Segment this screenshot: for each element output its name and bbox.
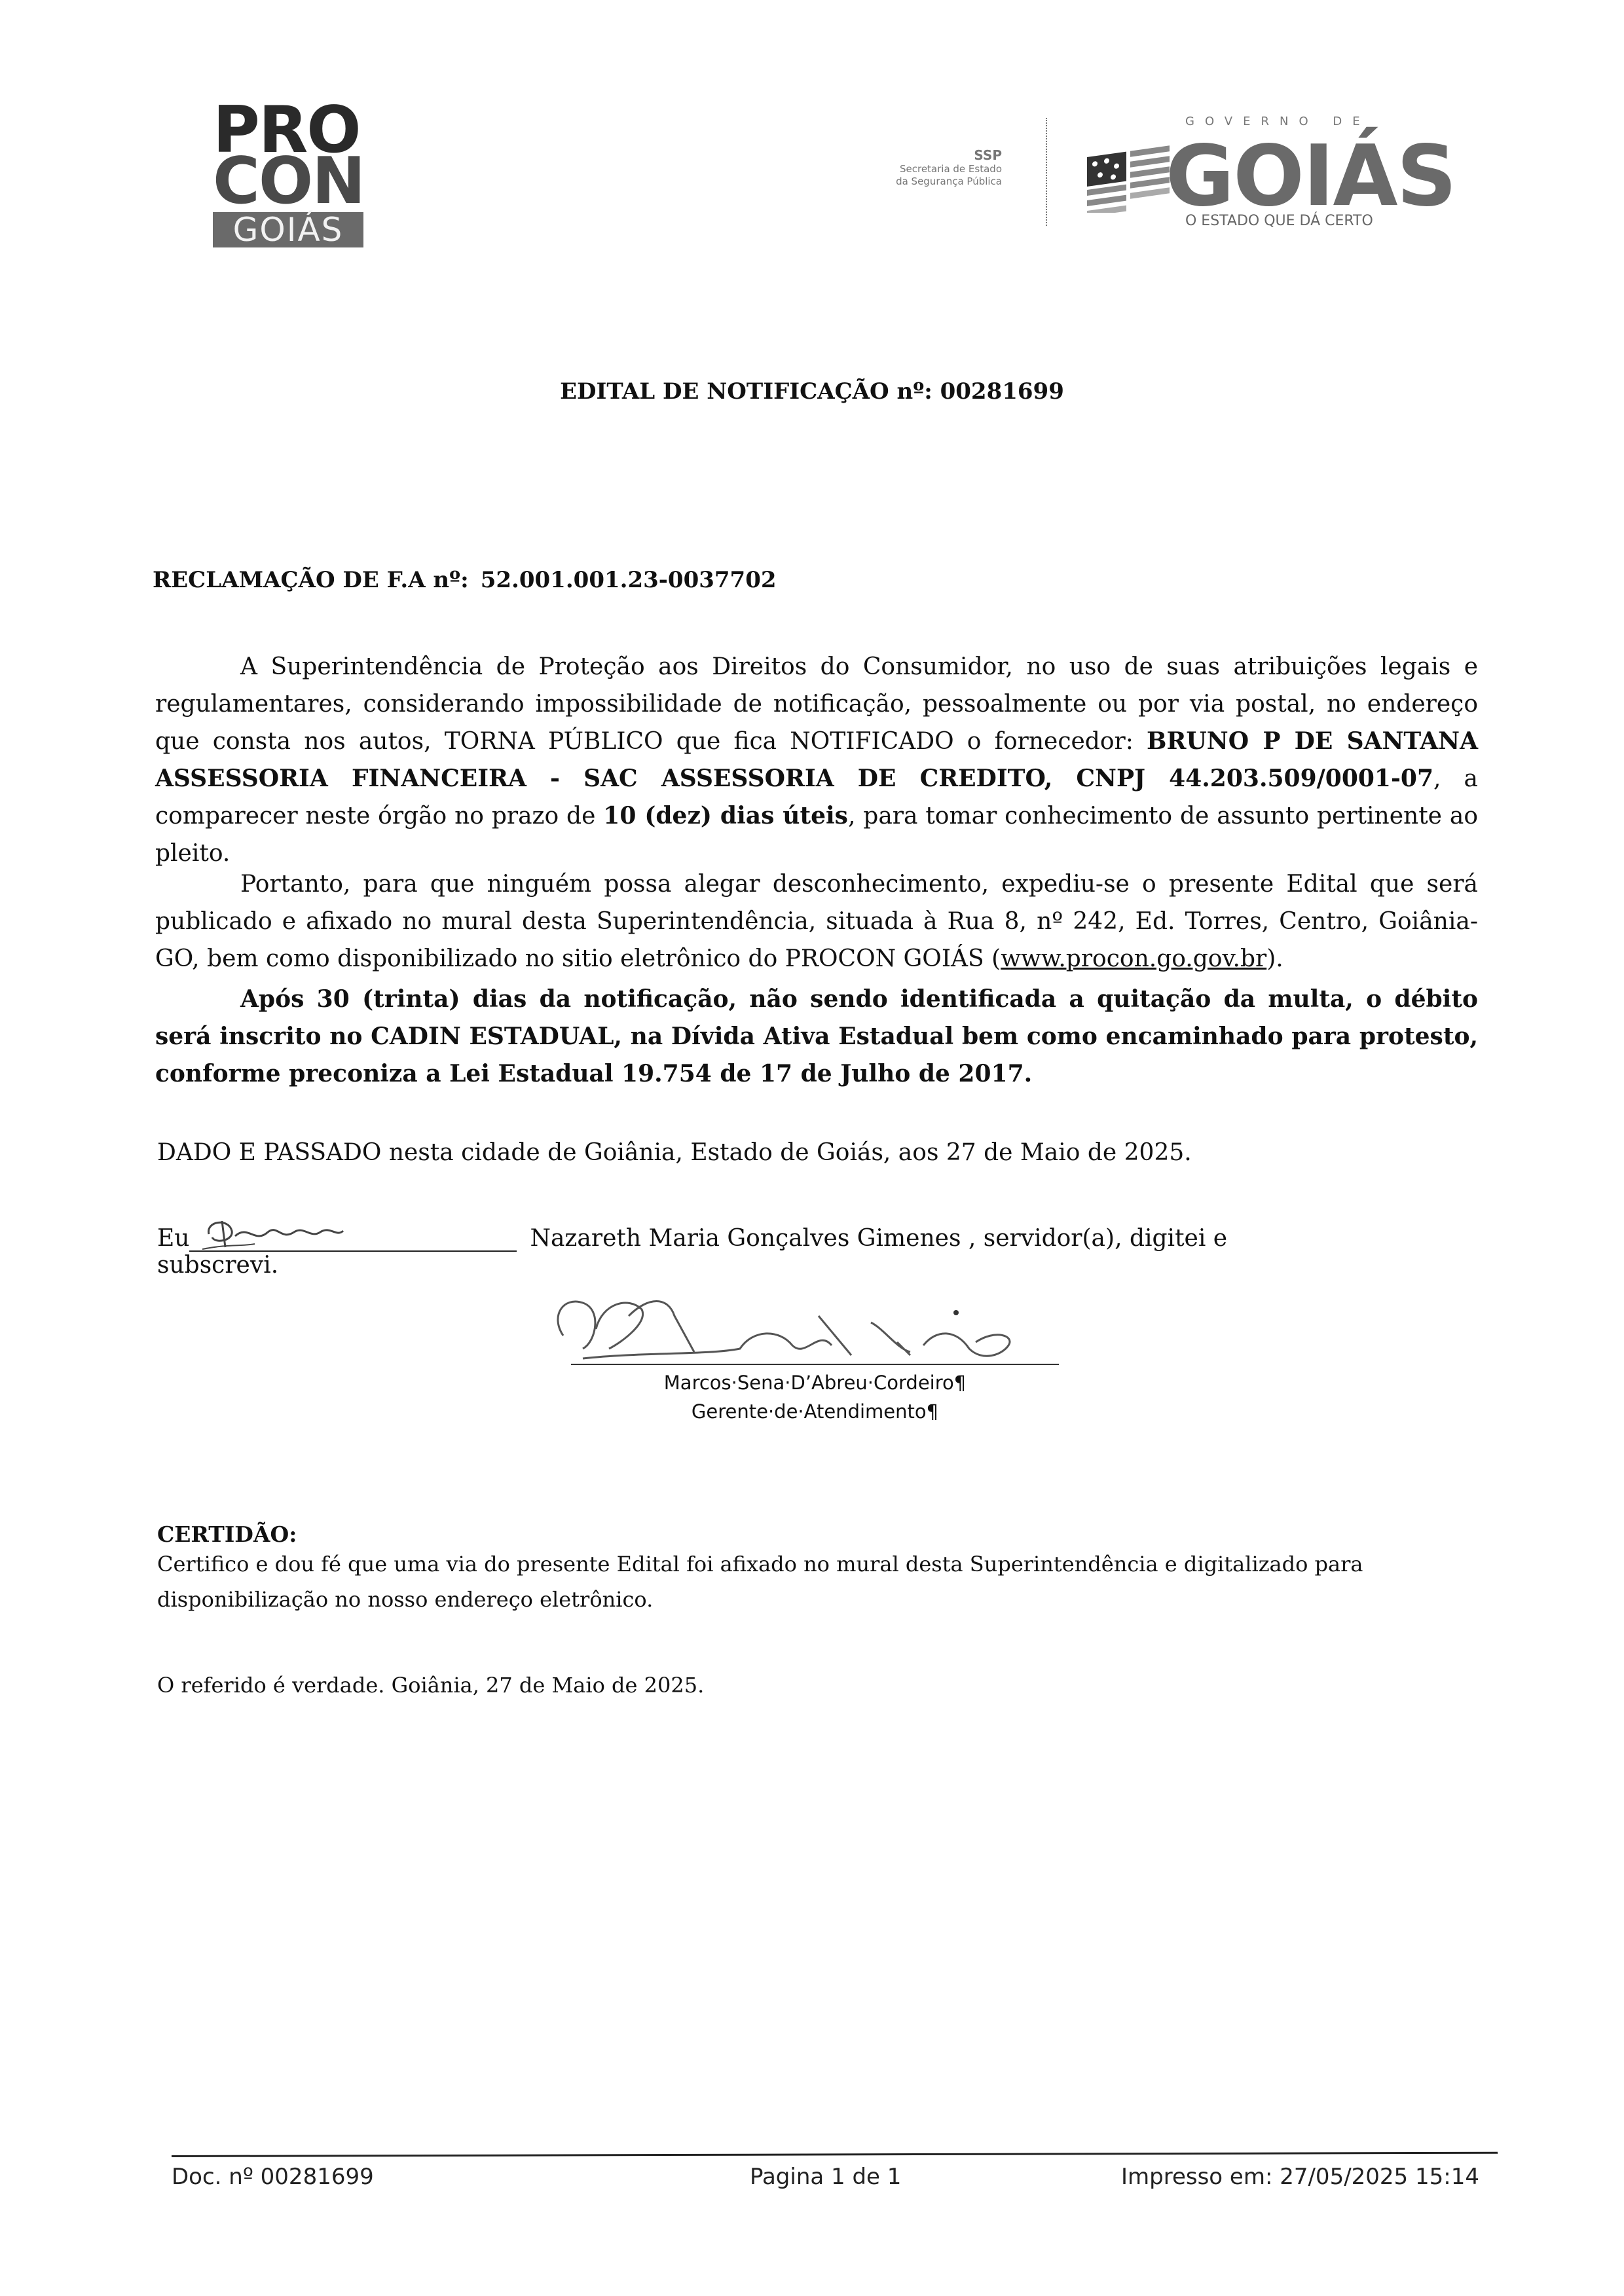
footer-printed-at: Impresso em: 27/05/2025 15:14 — [1121, 2164, 1479, 2190]
certidao-body: Certifico e dou fé que uma via do presen… — [157, 1546, 1388, 1617]
signer-block: Marcos·Sena·D’Abreu·Cordeiro¶ Gerente·de… — [571, 1368, 1059, 1426]
ssp-title: SSP — [851, 147, 1002, 163]
document-title: EDITAL DE NOTIFICAÇÃO nº: 00281699 — [0, 378, 1624, 405]
reclamacao-line: RECLAMAÇÃO DE F.A nº:52.001.001.23-00377… — [153, 567, 777, 593]
procon-logo-state: GOIÁS — [213, 212, 363, 247]
signature-rule — [571, 1364, 1059, 1365]
governo-goias-logo: GOVERNO DE GOIÁS O ESTADO QUE DÁ CERTO — [1087, 115, 1441, 246]
publication-paragraph: Portanto, para que ninguém possa alegar … — [155, 866, 1478, 977]
typist-signature — [189, 1224, 517, 1252]
signer-name: Marcos·Sena·D’Abreu·Cordeiro¶ — [571, 1368, 1059, 1397]
reclamacao-label: RECLAMAÇÃO DE F.A nº: — [153, 567, 469, 593]
signer-role: Gerente·de·Atendimento¶ — [571, 1397, 1059, 1426]
ssp-line1: Secretaria de Estado — [851, 163, 1002, 175]
logo-divider — [1046, 118, 1048, 226]
procon-goias-logo: PRO CON GOIÁS — [213, 105, 363, 249]
footer-divider — [172, 2152, 1498, 2157]
deadline: 10 (dez) dias úteis — [603, 802, 848, 829]
eu-prefix: Eu — [157, 1225, 189, 1252]
procon-logo-line2: CON — [213, 156, 363, 207]
ssp-line2: da Segurança Pública — [851, 175, 1002, 188]
goias-wordmark: GOIÁS — [1166, 128, 1456, 226]
typist-line: Eu Nazareth Maria Gonçalves Gimenes , se… — [157, 1224, 1336, 1279]
ssp-logo: SSP Secretaria de Estado da Segurança Pú… — [851, 147, 1002, 188]
certidao-title: CERTIDÃO: — [157, 1522, 297, 1547]
manager-signature-icon — [544, 1290, 1067, 1368]
procon-website-link[interactable]: www.procon.go.gov.br — [1001, 945, 1266, 972]
referido-line: O referido é verdade. Goiânia, 27 de Mai… — [157, 1673, 704, 1698]
dado-passado-line: DADO E PASSADO nesta cidade de Goiânia, … — [157, 1139, 1192, 1166]
notification-paragraph: A Superintendência de Proteção aos Direi… — [155, 648, 1478, 872]
footer-doc-number: Doc. nº 00281699 — [172, 2164, 374, 2190]
reclamacao-number: 52.001.001.23-0037702 — [481, 567, 777, 593]
debt-warning-paragraph: Após 30 (trinta) dias da notificação, nã… — [155, 981, 1478, 1093]
goias-tagline: O ESTADO QUE DÁ CERTO — [1185, 213, 1373, 229]
p3-text: Após 30 (trinta) dias da notificação, nã… — [155, 985, 1478, 1087]
governo-label: GOVERNO DE — [1185, 115, 1371, 128]
p2-text-b: ). — [1266, 945, 1283, 972]
typist-signature-icon — [202, 1218, 392, 1250]
goias-flag-icon — [1087, 137, 1175, 213]
footer-page-number: Pagina 1 de 1 — [750, 2164, 901, 2190]
